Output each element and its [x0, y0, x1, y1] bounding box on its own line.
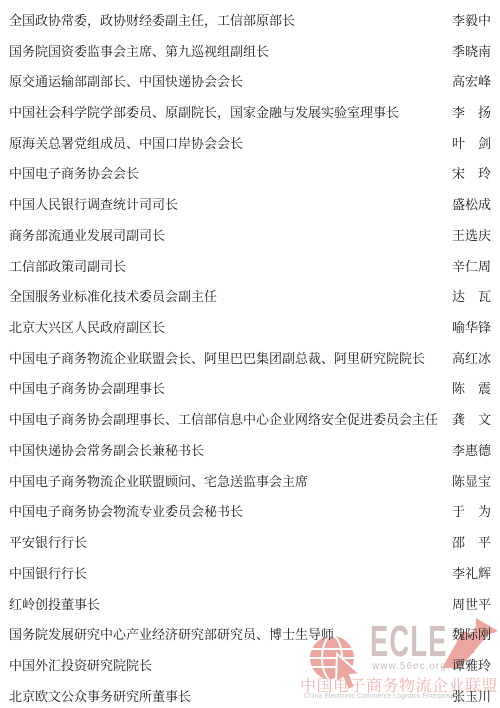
position-title: 中国电子商务协会副理事长 — [9, 378, 165, 397]
person-name: 陈显宝 — [452, 471, 491, 490]
directory-row: 中国电子商务协会会长 宋 玲 — [9, 158, 491, 189]
position-title: 中国电子商务协会副理事长、工信部信息中心企业网络安全促进委员会主任 — [9, 409, 438, 428]
person-name: 辛仁周 — [452, 256, 491, 275]
directory-row: 中国电子商务协会副理事长 陈 震 — [9, 373, 491, 404]
position-title: 中国电子商务协会会长 — [9, 163, 139, 182]
person-name: 高宏峰 — [452, 71, 491, 90]
position-title: 中国人民银行调查统计司司长 — [9, 194, 178, 213]
position-title: 全国政协常委，政协财经委副主任，工信部原部长 — [9, 10, 295, 29]
directory-row: 中国电子商务协会副理事长、工信部信息中心企业网络安全促进委员会主任 龚 文 — [9, 403, 491, 434]
person-name: 陈 震 — [452, 378, 491, 397]
position-title: 原海关总署党组成员、中国口岸协会会长 — [9, 133, 243, 152]
position-title: 中国银行行长 — [9, 563, 87, 582]
directory-row: 中国快递协会常务副会长兼秘书长 李惠德 — [9, 434, 491, 465]
person-name: 宋 玲 — [452, 163, 491, 182]
directory-row: 全国政协常委，政协财经委副主任，工信部原部长 李毅中 — [9, 4, 491, 35]
person-name: 李 扬 — [452, 102, 491, 121]
directory-row: 原海关总署党组成员、中国口岸协会会长 叶 剑 — [9, 127, 491, 158]
directory-row: 北京欧文公众事务研究所董事长 张玉川 — [9, 680, 491, 708]
directory-rows: 全国政协常委，政协财经委副主任，工信部原部长 李毅中 国务院国资委监事会主席、第… — [0, 0, 500, 708]
position-title: 中国电子商务物流企业联盟会长、阿里巴巴集团副总裁、阿里研究院院长 — [9, 348, 425, 367]
directory-row: 中国电子商务协会物流专业委员会秘书长 于 为 — [9, 496, 491, 527]
person-name: 龚 文 — [452, 409, 491, 428]
person-name: 周世平 — [452, 594, 491, 613]
directory-row: 红岭创投董事长 周世平 — [9, 588, 491, 619]
directory-row: 国务院国资委监事会主席、第九巡视组副组长 季晓南 — [9, 35, 491, 66]
person-name: 张玉川 — [452, 686, 491, 705]
position-title: 商务部流通业发展司副司长 — [9, 225, 165, 244]
person-name: 高红冰 — [452, 348, 491, 367]
directory-row: 国务院发展研究中心产业经济研究部研究员、博士生导师 魏际刚 — [9, 618, 491, 649]
person-name: 李毅中 — [452, 10, 491, 29]
person-name: 喻华锋 — [452, 317, 491, 336]
person-name: 盛松成 — [452, 194, 491, 213]
position-title: 原交通运输部副部长、中国快递协会会长 — [9, 71, 243, 90]
directory-row: 中国外汇投资研究院院长 谭雅玲 — [9, 649, 491, 680]
directory-row: 全国服务业标准化技术委员会副主任 达 瓦 — [9, 280, 491, 311]
person-name: 谭雅玲 — [452, 655, 491, 674]
position-title: 中国外汇投资研究院院长 — [9, 655, 152, 674]
position-title: 全国服务业标准化技术委员会副主任 — [9, 286, 217, 305]
position-title: 国务院发展研究中心产业经济研究部研究员、博士生导师 — [9, 624, 334, 643]
position-title: 中国快递协会常务副会长兼秘书长 — [9, 440, 204, 459]
person-name: 季晓南 — [452, 41, 491, 60]
position-title: 工信部政策司副司长 — [9, 256, 126, 275]
person-name: 邵 平 — [452, 532, 491, 551]
directory-row: 中国电子商务物流企业联盟会长、阿里巴巴集团副总裁、阿里研究院院长 高红冰 — [9, 342, 491, 373]
person-name: 李惠德 — [452, 440, 491, 459]
position-title: 中国社会科学院学部委员、原副院长，国家金融与发展实验室理事长 — [9, 102, 399, 121]
person-name: 达 瓦 — [452, 286, 491, 305]
person-name: 王选庆 — [452, 225, 491, 244]
position-title: 中国电子商务协会物流专业委员会秘书长 — [9, 501, 243, 520]
directory-row: 中国电子商务物流企业联盟顾问、宅急送监事会主席 陈显宝 — [9, 465, 491, 496]
person-name: 叶 剑 — [452, 133, 491, 152]
directory-row: 中国人民银行调查统计司司长 盛松成 — [9, 188, 491, 219]
directory-row: 原交通运输部副部长、中国快递协会会长 高宏峰 — [9, 65, 491, 96]
person-name: 于 为 — [452, 501, 491, 520]
person-name: 魏际刚 — [452, 624, 491, 643]
directory-row: 中国银行行长 李礼辉 — [9, 557, 491, 588]
position-title: 北京欧文公众事务研究所董事长 — [9, 686, 191, 705]
directory-row: 北京大兴区人民政府副区长 喻华锋 — [9, 311, 491, 342]
position-title: 国务院国资委监事会主席、第九巡视组副组长 — [9, 41, 269, 60]
directory-row: 工信部政策司副司长 辛仁周 — [9, 250, 491, 281]
position-title: 红岭创投董事长 — [9, 594, 100, 613]
position-title: 平安银行行长 — [9, 532, 87, 551]
directory-row: 中国社会科学院学部委员、原副院长，国家金融与发展实验室理事长 李 扬 — [9, 96, 491, 127]
position-title: 中国电子商务物流企业联盟顾问、宅急送监事会主席 — [9, 471, 308, 490]
person-name: 李礼辉 — [452, 563, 491, 582]
position-title: 北京大兴区人民政府副区长 — [9, 317, 165, 336]
directory-row: 商务部流通业发展司副司长 王选庆 — [9, 219, 491, 250]
directory-row: 平安银行行长 邵 平 — [9, 526, 491, 557]
